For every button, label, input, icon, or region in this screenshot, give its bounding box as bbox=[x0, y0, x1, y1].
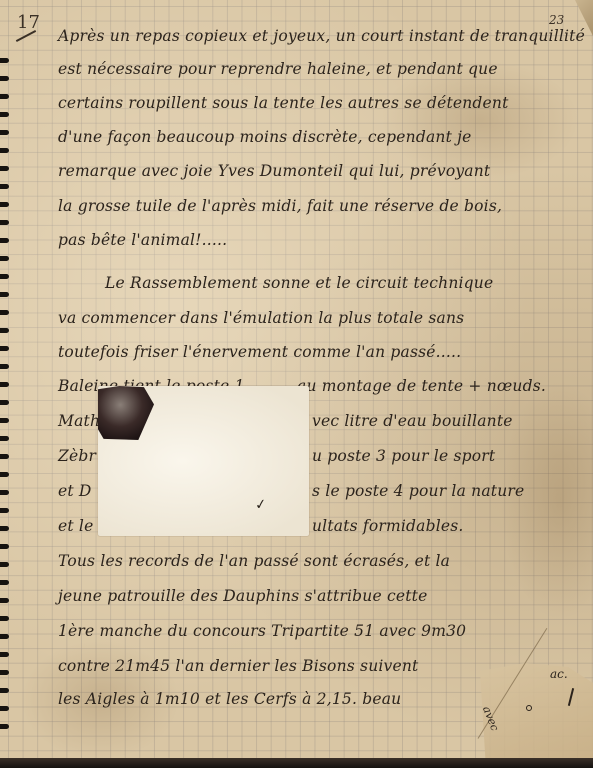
text-line-right: ultats formidables. bbox=[312, 517, 464, 535]
text-line: Après un repas copieux et joyeux, un cou… bbox=[58, 27, 585, 45]
text-line: va commencer dans l'émulation la plus to… bbox=[58, 309, 464, 327]
page-number: 23 bbox=[549, 13, 564, 27]
text-line: est nécessaire pour reprendre haleine, e… bbox=[58, 60, 498, 78]
text-line-right: vec litre d'eau bouillante bbox=[312, 412, 513, 430]
text-line: pas bête l'animal!..... bbox=[58, 231, 227, 249]
ink-dot bbox=[526, 705, 532, 711]
text-line: Tous les records de l'an passé sont écra… bbox=[58, 552, 450, 570]
margin-number: 17 bbox=[17, 12, 40, 33]
text-line-left: Zèbr bbox=[58, 447, 96, 465]
text-line: la grosse tuile de l'après midi, fait un… bbox=[58, 197, 502, 215]
notebook-page: 17 23 Après un repas copieux et joyeux, … bbox=[0, 0, 593, 768]
text-line: Le Rassemblement sonne et le circuit tec… bbox=[105, 274, 493, 292]
text-line: les Aigles à 1m10 et les Cerfs à 2,15. b… bbox=[58, 690, 401, 708]
text-line-left: et le bbox=[58, 517, 93, 535]
text-line: jeune patrouille des Dauphins s'attribue… bbox=[58, 587, 427, 605]
text-line-right: s le poste 4 pour la nature bbox=[312, 482, 524, 500]
text-line: d'une façon beaucoup moins discrète, cep… bbox=[58, 128, 472, 146]
torn-corner bbox=[480, 663, 593, 763]
text-line-right: au montage de tente + nœuds. bbox=[297, 377, 546, 395]
text-line: contre 21m45 l'an dernier les Bisons sui… bbox=[58, 657, 418, 675]
text-line: certains roupillent sous la tente les au… bbox=[58, 94, 509, 112]
text-line-left: et D bbox=[58, 482, 92, 500]
spiral-binding bbox=[0, 0, 14, 768]
notebook-bottom-edge bbox=[0, 758, 593, 768]
text-line-right: u poste 3 pour le sport bbox=[312, 447, 495, 465]
text-line: toutefois friser l'énervement comme l'an… bbox=[58, 343, 461, 361]
text-line: 1ère manche du concours Tripartite 51 av… bbox=[58, 622, 466, 640]
line-end-fragment: ac. bbox=[550, 667, 568, 681]
check-mark-icon: ✓ bbox=[254, 496, 268, 513]
text-line: remarque avec joie Yves Dumonteil qui lu… bbox=[58, 162, 490, 180]
